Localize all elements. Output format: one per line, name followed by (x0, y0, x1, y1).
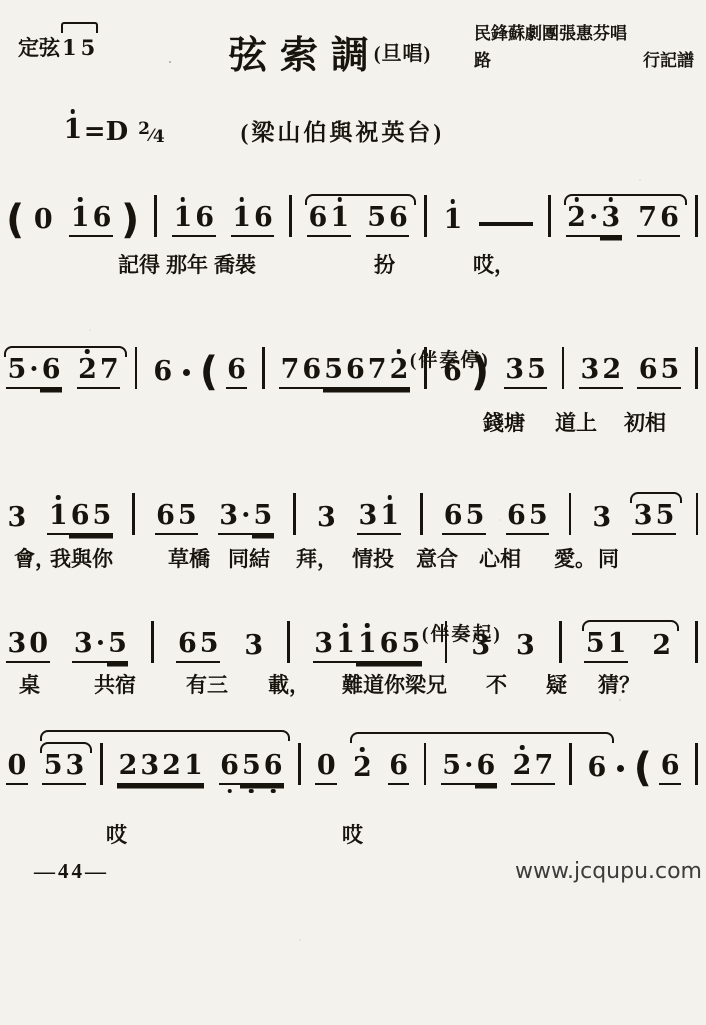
duration-dash (479, 222, 533, 226)
barline (298, 743, 301, 785)
slur (350, 732, 614, 743)
barline (420, 493, 423, 535)
note-digit: 2 (77, 356, 99, 389)
page-footer: —44— www.jcqupu.com (0, 859, 706, 884)
lyrics-line: 桌共宿有三載，難道你梁兄不疑猜？ (6, 669, 698, 699)
barline (154, 195, 157, 237)
note-digit: 0 (6, 752, 28, 785)
note-group: 0 (315, 752, 337, 785)
note-digit: 6 (442, 502, 464, 535)
barline (100, 743, 103, 785)
note-group: 1 (442, 206, 464, 237)
note-group: 16 (231, 204, 275, 237)
note-group: 30 (6, 630, 50, 663)
lyric-word: 桌 (19, 669, 40, 699)
notation-line: 05323216560265·6276(6 (6, 739, 698, 785)
score-header: 定弦15 弦索調(旦唱) 民鋒蘇劇團張惠芬唱 路 行記譜 (0, 0, 706, 79)
note-group: 3 (243, 632, 265, 663)
note-group: 76 (637, 204, 681, 237)
barline (151, 621, 154, 663)
note-group: 6 (152, 358, 174, 389)
note-group: 16 (69, 204, 113, 237)
note-digit: 1 (172, 204, 194, 237)
note-group: 0 (32, 206, 54, 237)
note-digit: 3 (6, 630, 28, 663)
note-digit: 6 (253, 204, 275, 237)
time-denominator: 4 (153, 127, 165, 147)
note-digit: 3 (579, 356, 601, 389)
system-4: (伴奏起)303·56533116533512桌共宿有三載，難道你梁兄不疑猜？ (6, 617, 698, 699)
note-digit: 0 (28, 630, 50, 663)
lyric-word: 意合 (416, 543, 458, 573)
lyric-word: 共宿 (94, 669, 136, 699)
note-group: 65 (637, 356, 681, 389)
note-digit: 3 (6, 504, 28, 535)
barline (559, 621, 562, 663)
note-group: 6 (659, 752, 681, 785)
note-digit: 2 (352, 754, 374, 785)
lyric-word: 那年 (166, 249, 208, 279)
note-digit: 5 (42, 752, 64, 785)
note-digit: 6 (91, 204, 113, 237)
note-digit: 3 (313, 630, 335, 663)
note-digit: 6 (152, 358, 174, 389)
note-digit: 5 (107, 630, 129, 663)
lyrics-line: 哎哎 (6, 819, 698, 849)
system-1: (016)1616615612·376記得那年喬裝扮哎， (6, 191, 698, 279)
note-digit: 1 (606, 630, 628, 663)
slur (630, 492, 682, 503)
lyric-word: 哎 (342, 819, 363, 849)
tuning-indication: 定弦15 (18, 16, 186, 79)
note-digit: 6 (155, 502, 177, 535)
note-digit: 3 (72, 630, 94, 663)
note-group: 765672 (279, 356, 410, 389)
note-digit: 5 (654, 502, 676, 535)
time-numerator: 2 (138, 119, 150, 139)
note-digit: 2 (511, 752, 533, 785)
lyric-word: 有三 (186, 669, 228, 699)
barline (287, 621, 290, 663)
credits-block: 民鋒蘇劇團張惠芬唱 路 行記譜 (474, 16, 696, 79)
slur (564, 194, 687, 205)
note-digit: 3 (470, 632, 492, 663)
title-suffix: (旦唱) (374, 43, 431, 65)
tuning-notes-digits: 15 (62, 35, 99, 60)
barline (548, 195, 551, 237)
note-digit: 6 (40, 356, 62, 389)
augmentation-dot (617, 765, 624, 772)
note-group: 6 (586, 754, 608, 785)
lyric-word: 情投 (352, 543, 394, 573)
lyric-word: 哎， (473, 249, 515, 279)
note-digit: 6 (388, 752, 410, 785)
note-group: 65 (442, 502, 486, 535)
subtitle: (梁山伯與祝英台) (241, 114, 444, 147)
note-digit: 1 (442, 206, 464, 237)
barline (424, 743, 427, 785)
score-page: 定弦15 弦索調(旦唱) 民鋒蘇劇團張惠芬唱 路 行記譜 1=D 2⁄4 (梁山… (0, 0, 706, 1025)
note-digit: 3 (632, 502, 654, 535)
note-digit: 1 (329, 204, 351, 237)
barline (569, 493, 572, 535)
note-digit: 6 (637, 356, 659, 389)
note-digit: · (240, 502, 252, 535)
lyric-word: 載， (268, 669, 310, 699)
watermark: www.jcqupu.com (515, 859, 702, 884)
note-digit: 1 (182, 752, 204, 785)
lyric-word: 不 (486, 669, 507, 699)
note-digit: 6 (226, 356, 248, 389)
note-group: 6 (442, 358, 464, 389)
note-group: 2321 (117, 752, 204, 785)
lyric-word: 哎 (106, 819, 127, 849)
barline (424, 195, 427, 237)
page-number: —44— (34, 859, 109, 884)
lyric-word: 同結 (228, 543, 270, 573)
lyric-word: 拜， (296, 543, 338, 573)
note-group: 3 (470, 632, 492, 663)
note-digit: 6 (388, 204, 410, 237)
note-digit: · (463, 752, 475, 785)
lyric-word: 疑 (546, 669, 567, 699)
credit-transcriber-surname: 路 (474, 47, 491, 74)
key-time-line: 1=D 2⁄4 (梁山伯與祝英台) (62, 113, 706, 147)
note-group: 65 (155, 502, 199, 535)
note-digit: 7 (366, 356, 388, 389)
note-digit: 7 (98, 356, 120, 389)
note-digit: 6 (344, 356, 366, 389)
note-digit: 5 (6, 356, 28, 389)
note-digit: 0 (315, 752, 337, 785)
note-digit: 5 (198, 630, 220, 663)
barline (135, 347, 138, 389)
barline (569, 743, 572, 785)
lyric-word: 難道你梁兄 (342, 669, 447, 699)
note-digit: · (94, 630, 106, 663)
note-digit: 5 (584, 630, 606, 663)
note-group: 2 (352, 754, 374, 785)
note-digit: 3 (504, 356, 526, 389)
note-group: 3 (591, 504, 613, 535)
lyrics-line: 錢塘道上初相 (6, 407, 698, 437)
credit-transcriber: 路 行記譜 (474, 47, 696, 74)
note-digit: 6 (659, 752, 681, 785)
note-group: 2·3 (566, 204, 622, 237)
lyric-word: 記得 (118, 249, 160, 279)
lyric-word: 扮 (374, 249, 395, 279)
lyrics-line: 會，我與你草橋同結拜，情投意合心相愛。同 (6, 543, 698, 573)
note-group: 3 (6, 504, 28, 535)
note-digit: 5 (441, 752, 463, 785)
note-group: 35 (504, 356, 548, 389)
lyric-word: 道上 (555, 407, 597, 437)
tuning-label: 定弦 (18, 36, 60, 60)
parenthesis: ( (200, 354, 218, 390)
note-digit: 5 (252, 502, 274, 535)
note-digit: 5 (176, 502, 198, 535)
slur (40, 742, 92, 753)
note-digit: 5 (240, 752, 262, 785)
augmentation-dot (183, 369, 190, 376)
note-group: 0 (6, 752, 28, 785)
note-digit: 3 (316, 504, 338, 535)
notation-line: 3165653·53316565335 (6, 489, 698, 535)
note-digit: 1 (335, 630, 357, 663)
key-tonic: 1 (62, 116, 84, 147)
note-digit: 6 (194, 204, 216, 237)
note-group: 56 (366, 204, 410, 237)
system-2: (伴奏停)5·6276(67656726)353265錢塘道上初相 (6, 343, 698, 437)
lyrics-line: 記得那年喬裝扮哎， (6, 249, 698, 279)
note-digit: 6 (475, 752, 497, 785)
note-digit: 2 (566, 204, 588, 237)
note-group: 31 (357, 502, 401, 535)
barline (695, 743, 698, 785)
note-digit: 6 (442, 358, 464, 389)
note-digit: 7 (533, 752, 555, 785)
note-digit: 1 (231, 204, 253, 237)
note-digit: 5 (464, 502, 486, 535)
lyric-word: 我與你 (50, 543, 113, 573)
barline (289, 195, 292, 237)
note-digit: 6 (219, 752, 241, 785)
note-digit: 5 (366, 204, 388, 237)
note-digit: 3 (64, 752, 86, 785)
lyric-word: 初相 (624, 407, 666, 437)
note-group: 35 (632, 502, 676, 535)
note-digit: 2 (388, 356, 410, 389)
note-digit: 5 (91, 502, 113, 535)
score-systems: (016)1616615612·376記得那年喬裝扮哎，(伴奏停)5·6276(… (0, 191, 706, 849)
note-digit: 5 (323, 356, 345, 389)
note-digit: 1 (379, 502, 401, 535)
note-digit: 3 (600, 204, 622, 237)
note-digit: 2 (651, 632, 673, 663)
note-group: 65 (506, 502, 550, 535)
note-digit: 6 (301, 356, 323, 389)
note-group: 3 (514, 632, 536, 663)
note-digit: 6 (262, 752, 284, 785)
lyric-word: 同 (598, 543, 619, 573)
barline (262, 347, 265, 389)
note-digit: 5 (526, 356, 548, 389)
note-digit: · (28, 356, 40, 389)
lyric-word: 錢塘 (483, 407, 525, 437)
barline (696, 493, 699, 535)
tuning-bracket-icon (61, 22, 98, 33)
credit-performer: 民鋒蘇劇團張惠芬唱 (474, 20, 696, 47)
note-digit: 5 (527, 502, 549, 535)
key-signature: 1=D (62, 116, 128, 147)
note-group: 61 (307, 204, 351, 237)
page-title: 弦索調 (229, 35, 382, 77)
note-group: 16 (172, 204, 216, 237)
barline (132, 493, 135, 535)
lyric-word: 心相 (479, 543, 521, 573)
lyric-word: 草橋 (168, 543, 210, 573)
note-group: 53 (42, 752, 86, 785)
note-digit: 6 (659, 204, 681, 237)
note-digit: 7 (279, 356, 301, 389)
note-digit: 3 (139, 752, 161, 785)
note-digit: 3 (218, 502, 240, 535)
note-group: 3·5 (72, 630, 128, 663)
note-group: 65 (176, 630, 220, 663)
note-digit: 2 (161, 752, 183, 785)
note-group: 165 (47, 502, 112, 535)
note-digit: 6 (69, 502, 91, 535)
lyric-word: 愛。 (554, 543, 596, 573)
note-digit: 1 (47, 502, 69, 535)
note-group: 32 (579, 356, 623, 389)
parenthesis: ( (634, 750, 652, 786)
note-digit: 7 (637, 204, 659, 237)
note-digit: 6 (506, 502, 528, 535)
note-digit: 3 (357, 502, 379, 535)
note-group: 5·6 (441, 752, 497, 785)
parenthesis: ( (6, 202, 24, 238)
note-digit: · (587, 204, 599, 237)
note-group: 6 (388, 752, 410, 785)
note-digit: 2 (117, 752, 139, 785)
note-group: 27 (511, 752, 555, 785)
note-group: 3 (316, 504, 338, 535)
note-digit: 1 (356, 630, 378, 663)
note-group: 27 (77, 356, 121, 389)
time-signature: 2⁄4 (138, 119, 165, 147)
barline (562, 347, 565, 389)
barline (695, 195, 698, 237)
key-equals: =D (84, 117, 128, 147)
note-group: 656 (219, 752, 284, 785)
slur (582, 620, 679, 631)
lyric-word: 猜？ (598, 669, 640, 699)
slur (40, 730, 290, 741)
system-5: 05323216560265·6276(6哎哎 (6, 739, 698, 849)
barline (695, 621, 698, 663)
note-digit: 3 (514, 632, 536, 663)
tuning-notes: 15 (60, 35, 101, 60)
parenthesis: ) (121, 202, 139, 238)
note-group: 31165 (313, 630, 422, 663)
system-3: 3165653·53316565335會，我與你草橋同結拜，情投意合心相愛。同 (6, 489, 698, 573)
note-digit: 3 (591, 504, 613, 535)
note-group: 3·5 (218, 502, 274, 535)
note-digit: 6 (307, 204, 329, 237)
note-group: 6 (226, 356, 248, 389)
title-block: 弦索調(旦唱) (186, 16, 474, 79)
note-digit: 6 (586, 754, 608, 785)
note-digit: 6 (378, 630, 400, 663)
slur (305, 194, 416, 205)
barline (695, 347, 698, 389)
note-group: 2 (651, 632, 673, 663)
note-digit: 6 (176, 630, 198, 663)
note-digit: 5 (659, 356, 681, 389)
note-group: 51 (584, 630, 628, 663)
note-digit: 5 (400, 630, 422, 663)
note-group: 5·6 (6, 356, 62, 389)
credit-transcriber-rest: 行記譜 (643, 47, 694, 74)
barline (293, 493, 296, 535)
note-digit: 3 (243, 632, 265, 663)
slur (4, 346, 127, 357)
lyric-word: 喬裝 (214, 249, 256, 279)
note-digit: 1 (69, 204, 91, 237)
note-digit: 2 (601, 356, 623, 389)
note-digit: 0 (32, 206, 54, 237)
